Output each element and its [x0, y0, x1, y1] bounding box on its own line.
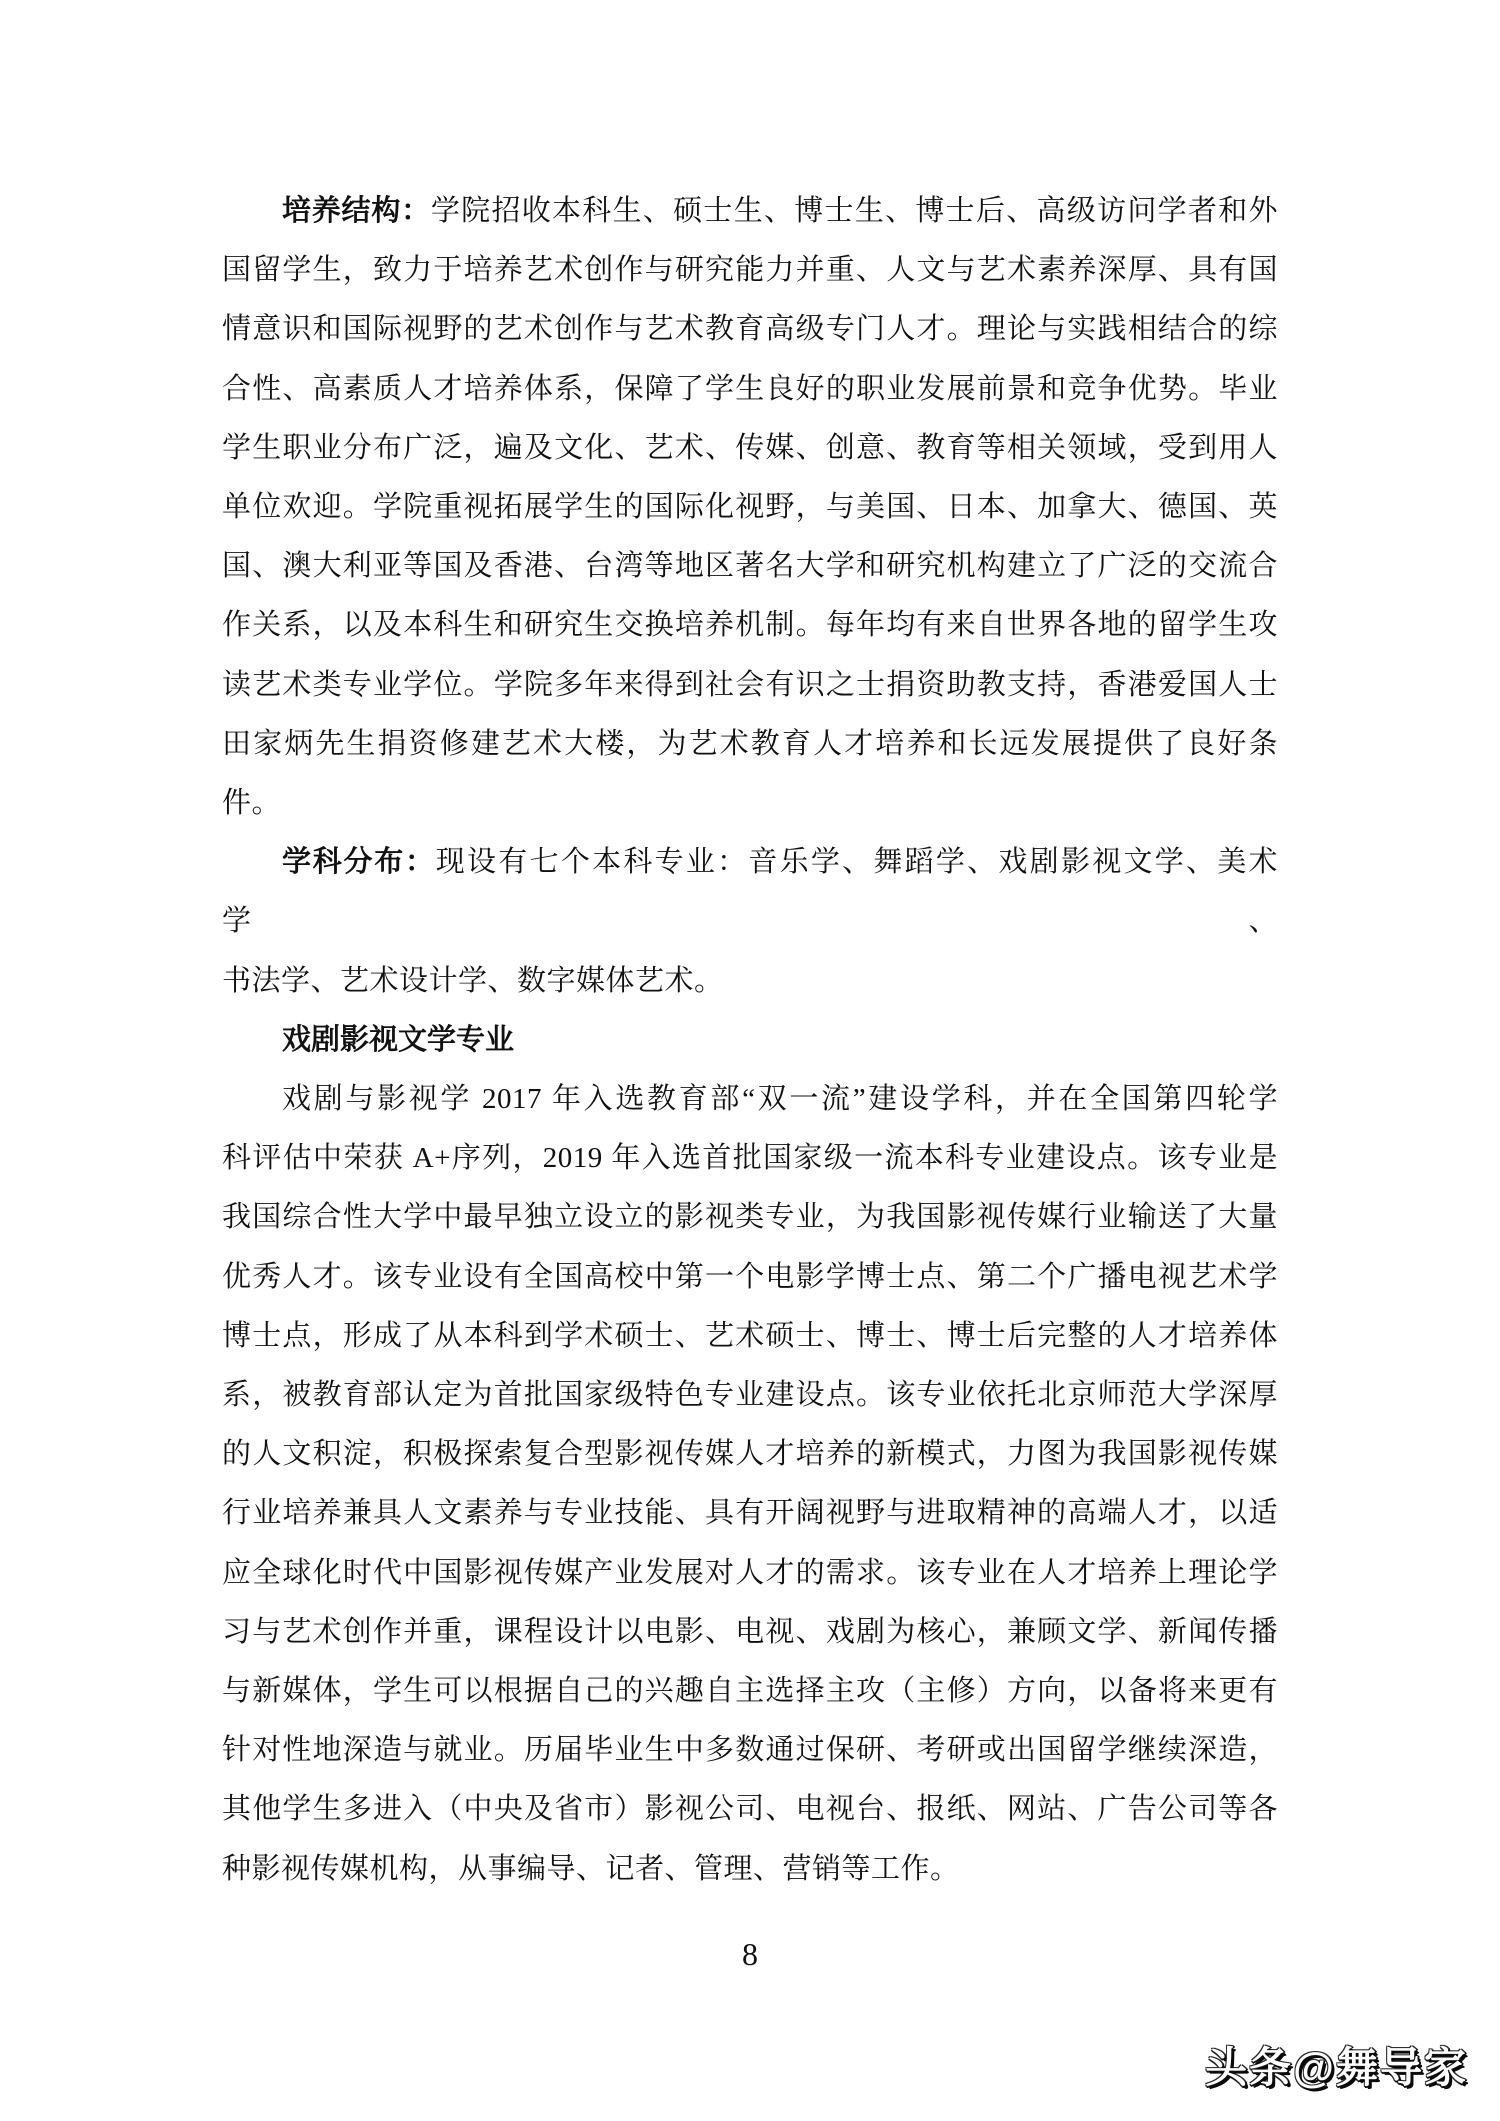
text-line: 作关系，以及本科生和研究生交换培养机制。每年均有来自世界各地的留学生攻: [222, 596, 1278, 655]
text-line: 针对性地深造与就业。历届毕业生中多数通过保研、考研或出国留学继续深造，: [222, 1721, 1278, 1780]
text-run: 学院招收本科生、硕士生、博士生、博士后、高级访问学者和外: [431, 195, 1278, 227]
text-line: 单位欢迎。学院重视拓展学生的国际化视野，与美国、日本、加拿大、德国、英: [222, 478, 1278, 537]
text-line: 学生职业分布广泛，遍及文化、艺术、传媒、创意、教育等相关领域，受到用人: [222, 419, 1278, 478]
text-line: 学科分布：现设有七个本科专业：音乐学、舞蹈学、戏剧影视文学、美术学、: [222, 833, 1278, 951]
text-run: 田家炳先生捐资修建艺术大楼，为艺术教育人才培养和长远发展提供了良好条: [222, 728, 1278, 760]
watermark: 头条@舞导家: [1205, 2047, 1468, 2089]
text-line: 合性、高素质人才培养体系，保障了学生良好的职业发展前景和竞争优势。毕业: [222, 360, 1278, 419]
bold-text-run: 学科分布：: [282, 846, 436, 878]
page-number: 8: [0, 1938, 1500, 1970]
text-run: 优秀人才。该专业设有全国高校中第一个电影学博士点、第二个广播电视艺术学: [222, 1261, 1278, 1293]
text-run: 书法学、艺术设计学、数字媒体艺术。: [222, 965, 724, 997]
text-line: 国留学生，致力于培养艺术创作与研究能力并重、人文与艺术素养深厚、具有国: [222, 241, 1278, 300]
text-run: 其他学生多进入（中央及省市）影视公司、电视台、报纸、网站、广告公司等各: [222, 1793, 1278, 1825]
text-run: 种影视传媒机构，从事编导、记者、管理、营销等工作。: [222, 1853, 960, 1885]
text-run: 针对性地深造与就业。历届毕业生中多数通过保研、考研或出国留学继续深造，: [222, 1734, 1278, 1766]
text-run: 戏剧与影视学 2017 年入选教育部“双一流”建设学科，并在全国第四轮学: [282, 1083, 1278, 1115]
text-run: 国、澳大利亚等国及香港、台湾等地区著名大学和研究机构建立了广泛的交流合: [222, 550, 1278, 582]
text-run: 系，被教育部认定为首批国家级特色专业建设点。该专业依托北京师范大学深厚: [222, 1379, 1278, 1411]
text-line: 读艺术类专业学位。学院多年来得到社会有识之士捐资助教支持，香港爱国人士: [222, 656, 1278, 715]
text-line: 行业培养兼具人文素养与专业技能、具有开阔视野与进取精神的高端人才，以适: [222, 1484, 1278, 1543]
text-run: 件。: [222, 787, 281, 819]
bold-text-run: 戏剧影视文学专业: [282, 1024, 514, 1056]
text-run: 学生职业分布广泛，遍及文化、艺术、传媒、创意、教育等相关领域，受到用人: [222, 432, 1278, 464]
heading-line: 戏剧影视文学专业: [222, 1011, 1278, 1070]
text-line: 的人文积淀，积极探索复合型影视传媒人才培养的新模式，力图为我国影视传媒: [222, 1425, 1278, 1484]
text-line: 培养结构：学院招收本科生、硕士生、博士生、博士后、高级访问学者和外: [222, 182, 1278, 241]
text-line: 件。: [222, 774, 1278, 833]
text-line: 戏剧与影视学 2017 年入选教育部“双一流”建设学科，并在全国第四轮学: [222, 1070, 1278, 1129]
text-run: 的人文积淀，积极探索复合型影视传媒人才培养的新模式，力图为我国影视传媒: [222, 1438, 1278, 1470]
text-line: 与新媒体，学生可以根据自己的兴趣自主选择主攻（主修）方向，以备将来更有: [222, 1662, 1278, 1721]
text-line: 科评估中荣获 A+序列，2019 年入选首批国家级一流本科专业建设点。该专业是: [222, 1129, 1278, 1188]
text-run: 博士点，形成了从本科到学术硕士、艺术硕士、博士、博士后完整的人才培养体: [222, 1320, 1278, 1352]
text-run: 单位欢迎。学院重视拓展学生的国际化视野，与美国、日本、加拿大、德国、英: [222, 491, 1278, 523]
text-run: 合性、高素质人才培养体系，保障了学生良好的职业发展前景和竞争优势。毕业: [222, 373, 1278, 405]
text-line: 种影视传媒机构，从事编导、记者、管理、营销等工作。: [222, 1840, 1278, 1899]
text-run: 国留学生，致力于培养艺术创作与研究能力并重、人文与艺术素养深厚、具有国: [222, 254, 1278, 286]
text-line: 田家炳先生捐资修建艺术大楼，为艺术教育人才培养和长远发展提供了良好条: [222, 715, 1278, 774]
text-line: 国、澳大利亚等国及香港、台湾等地区著名大学和研究机构建立了广泛的交流合: [222, 537, 1278, 596]
text-line: 博士点，形成了从本科到学术硕士、艺术硕士、博士、博士后完整的人才培养体: [222, 1307, 1278, 1366]
text-line: 习与艺术创作并重，课程设计以电影、电视、戏剧为核心，兼顾文学、新闻传播: [222, 1603, 1278, 1662]
text-run: 应全球化时代中国影视传媒产业发展对人才的需求。该专业在人才培养上理论学: [222, 1557, 1278, 1589]
text-line: 情意识和国际视野的艺术创作与艺术教育高级专门人才。理论与实践相结合的综: [222, 300, 1278, 359]
text-run: 我国综合性大学中最早独立设立的影视类专业，为我国影视传媒行业输送了大量: [222, 1201, 1278, 1233]
text-run: 行业培养兼具人文素养与专业技能、具有开阔视野与进取精神的高端人才，以适: [222, 1497, 1278, 1529]
text-run: 科评估中荣获 A+序列，2019 年入选首批国家级一流本科专业建设点。该专业是: [222, 1142, 1278, 1174]
text-run: 习与艺术创作并重，课程设计以电影、电视、戏剧为核心，兼顾文学、新闻传播: [222, 1616, 1278, 1648]
text-line: 应全球化时代中国影视传媒产业发展对人才的需求。该专业在人才培养上理论学: [222, 1544, 1278, 1603]
text-line: 系，被教育部认定为首批国家级特色专业建设点。该专业依托北京师范大学深厚: [222, 1366, 1278, 1425]
bold-text-run: 培养结构：: [282, 195, 431, 227]
text-run: 与新媒体，学生可以根据自己的兴趣自主选择主攻（主修）方向，以备将来更有: [222, 1675, 1278, 1707]
text-line: 其他学生多进入（中央及省市）影视公司、电视台、报纸、网站、广告公司等各: [222, 1780, 1278, 1839]
text-line: 优秀人才。该专业设有全国高校中第一个电影学博士点、第二个广播电视艺术学: [222, 1248, 1278, 1307]
text-run: 读艺术类专业学位。学院多年来得到社会有识之士捐资助教支持，香港爱国人士: [222, 669, 1278, 701]
text-line: 书法学、艺术设计学、数字媒体艺术。: [222, 952, 1278, 1011]
text-run: 作关系，以及本科生和研究生交换培养机制。每年均有来自世界各地的留学生攻: [222, 609, 1278, 641]
document-body: 培养结构：学院招收本科生、硕士生、博士生、博士后、高级访问学者和外国留学生，致力…: [222, 182, 1278, 1899]
text-line: 我国综合性大学中最早独立设立的影视类专业，为我国影视传媒行业输送了大量: [222, 1188, 1278, 1247]
text-run: 情意识和国际视野的艺术创作与艺术教育高级专门人才。理论与实践相结合的综: [222, 313, 1278, 345]
